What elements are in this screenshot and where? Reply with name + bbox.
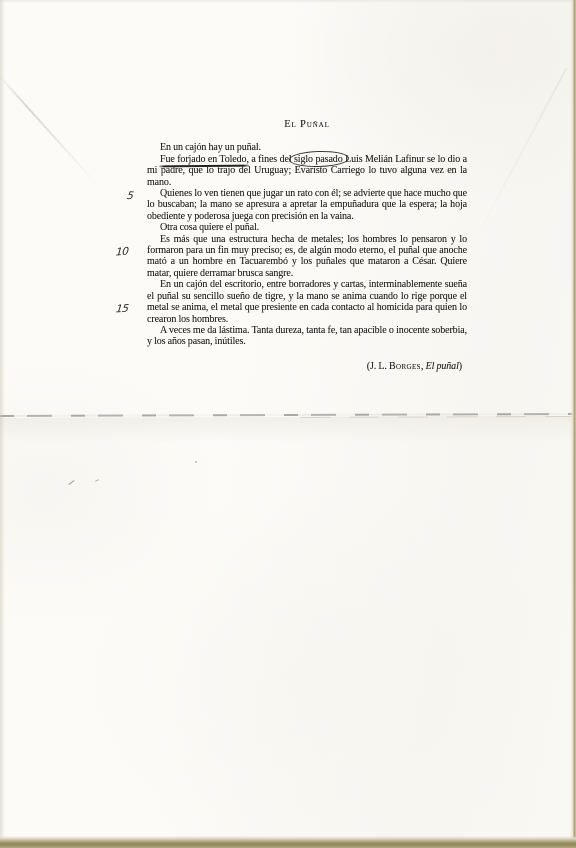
paper-edge-bottom <box>0 836 576 848</box>
paper-edge-top <box>0 0 576 3</box>
paragraph-6-text: En un cajón del escritorio, entre borrad… <box>147 279 467 324</box>
paragraph-4: Otra cosa quiere el puñal. <box>147 222 467 233</box>
paragraph-2-text-mid: , a fines del <box>246 154 294 165</box>
fold-crease <box>0 412 576 444</box>
corner-crease-top-right <box>467 68 567 254</box>
work-title: El puñal <box>426 361 459 372</box>
fold-crease-shading <box>0 416 576 444</box>
paragraph-6: En un cajón del escritorio, entre borrad… <box>147 279 467 325</box>
paragraph-7: A veces me da lástima. Tanta dureza, tan… <box>147 325 467 348</box>
paragraph-1-text: En un cajón hay un puñal. <box>160 142 261 153</box>
paragraph-3-text: Quienes lo ven tienen que jugar un rato … <box>147 188 467 222</box>
margin-line-number-5: 5 <box>126 190 134 202</box>
paragraph-4-text: Otra cosa quiere el puñal. <box>160 222 259 233</box>
paper-edge-right <box>570 0 576 838</box>
margin-line-number-15: 15 <box>115 303 129 316</box>
author-name: Borges <box>389 361 421 372</box>
document-title: El Puñal <box>147 119 467 130</box>
attribution-post: ) <box>459 361 462 372</box>
margin-line-number-10: 10 <box>115 245 129 258</box>
attribution: (J. L. Borges, El puñal) <box>147 361 467 372</box>
attribution-pre: (J. L. <box>367 361 389 372</box>
paragraph-3: Quienes lo ven tienen que jugar un rato … <box>147 188 467 222</box>
handwritten-underline: Fue forjado en Toledo <box>160 154 246 165</box>
pencil-mark-2 <box>95 479 99 482</box>
corner-crease-top-left <box>0 73 98 186</box>
paragraph-2: Fue forjado en Toledo, a fines del siglo… <box>147 154 467 188</box>
scanned-page: El Puñal En un cajón hay un puñal. Fue f… <box>0 0 576 848</box>
paragraph-7-text: A veces me da lástima. Tanta dureza, tan… <box>147 325 467 347</box>
paragraph-5-text: Es más que una estructura hecha de metal… <box>147 234 467 279</box>
pencil-mark-1 <box>68 480 74 485</box>
text-block: El Puñal En un cajón hay un puñal. Fue f… <box>147 119 467 372</box>
pencil-mark-3 <box>195 461 197 463</box>
paper-edge-left <box>0 0 5 840</box>
paragraph-5: Es más que una estructura hecha de metal… <box>147 234 467 280</box>
handwritten-circle: siglo pasado <box>294 154 343 165</box>
